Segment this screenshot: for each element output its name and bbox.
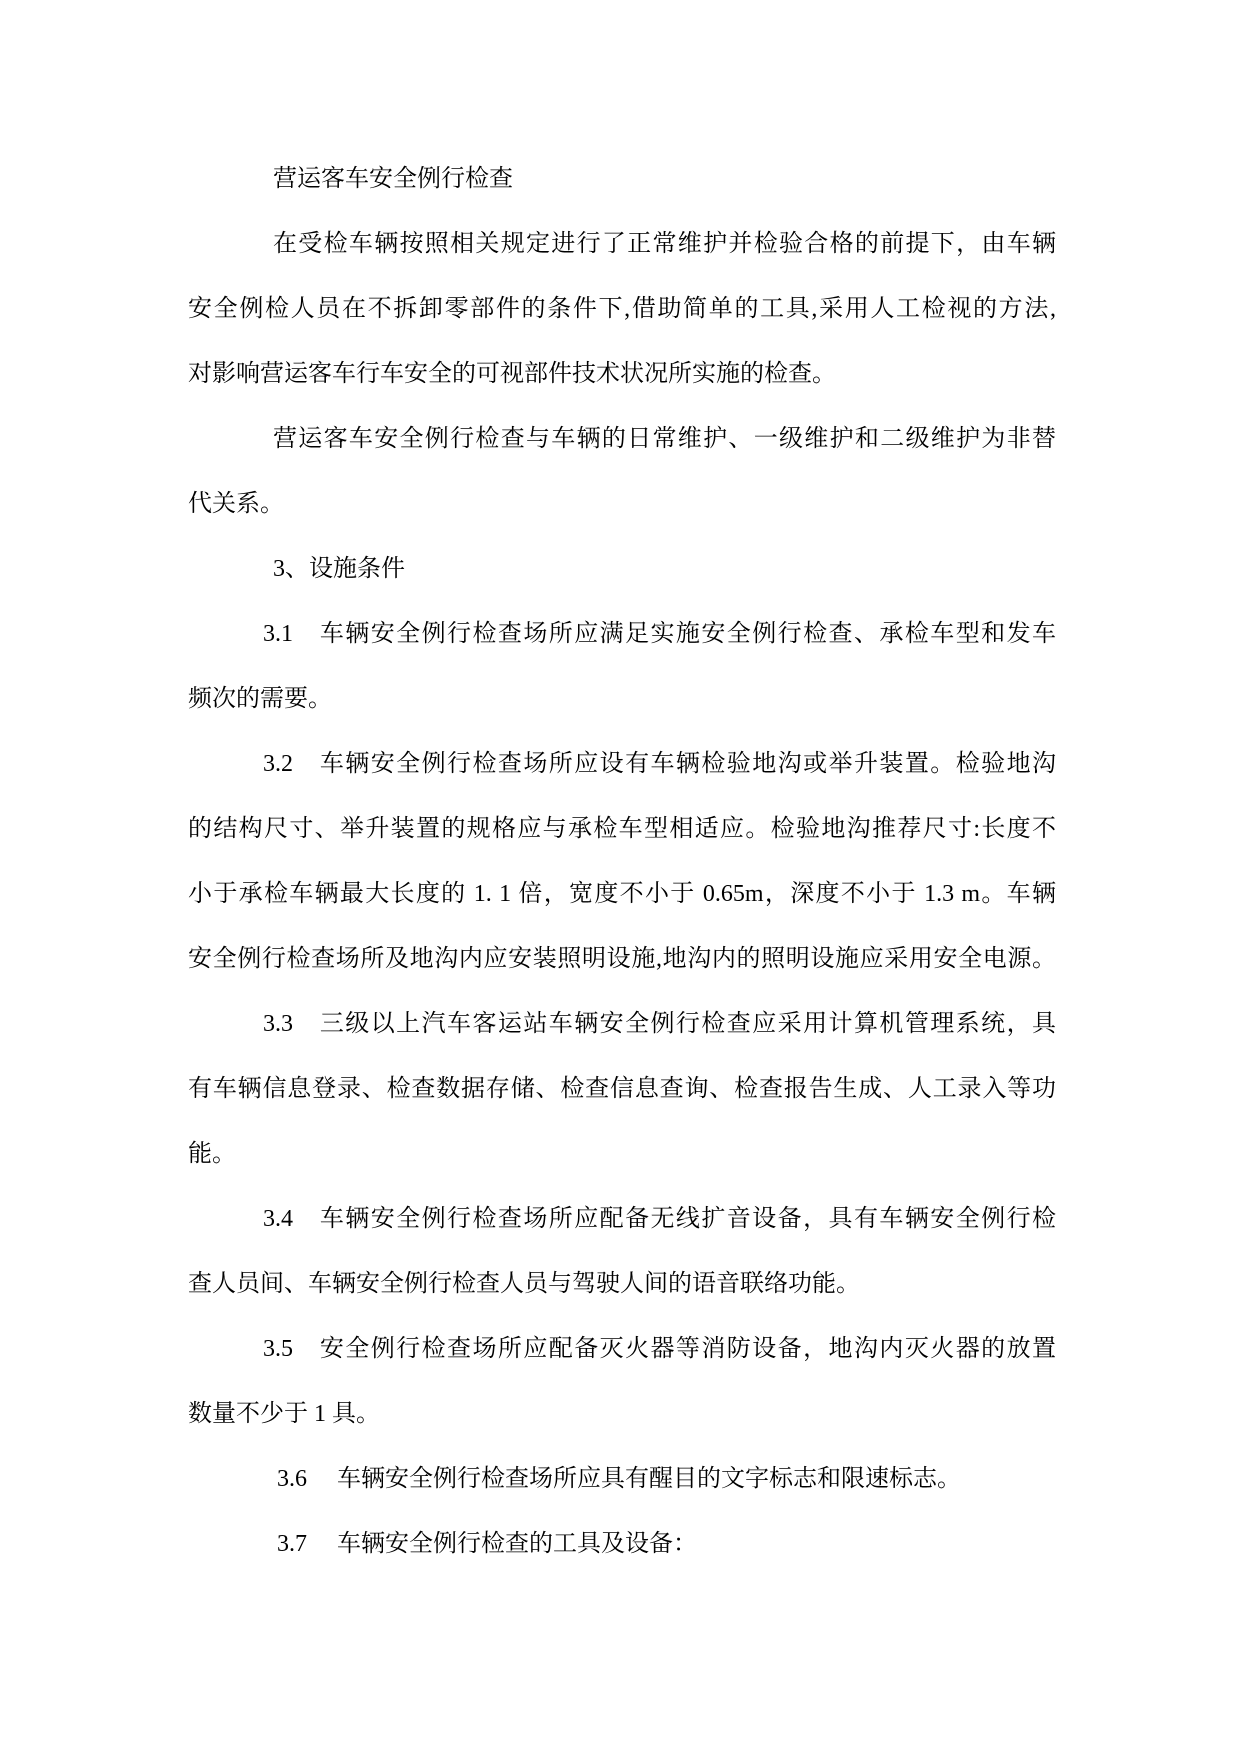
clause-3-1: 3.1 车辆安全例行检查场所应满足实施安全例行检查、承检车型和发车 频次的需要。 [188, 602, 1056, 732]
clause-3-7: 3.7 车辆安全例行检查的工具及设备： [188, 1512, 1056, 1577]
clause-line: 小于承检车辆最大长度的 1. 1 倍，宽度不小于 0.65m，深度不小于 1.3… [188, 862, 1056, 927]
clause-line: 能。 [188, 1122, 1056, 1187]
section-heading: 3、设施条件 [188, 537, 1056, 602]
clause-line: 有车辆信息登录、检查数据存储、检查信息查询、检查报告生成、人工录入等功 [188, 1057, 1056, 1122]
document-page: 营运客车安全例行检查 在受检车辆按照相关规定进行了正常维护并检验合格的前提下，由… [0, 0, 1241, 1754]
para-line: 对影响营运客车行车安全的可视部件技术状况所实施的检查。 [188, 342, 1056, 407]
clause-line: 的结构尺寸、举升装置的规格应与承检车型相适应。检验地沟推荐尺寸:长度不 [188, 797, 1056, 862]
section-heading-paragraph: 3、设施条件 [188, 537, 1056, 602]
para-line: 安全例检人员在不拆卸零部件的条件下,借助简单的工具,采用人工检视的方法, [188, 277, 1056, 342]
clause-line: 3.5 安全例行检查场所应配备灭火器等消防设备，地沟内灭火器的放置 [188, 1317, 1056, 1382]
clause-line: 3.2 车辆安全例行检查场所应设有车辆检验地沟或举升装置。检验地沟 [188, 732, 1056, 797]
clause-line: 3.7 车辆安全例行检查的工具及设备： [188, 1512, 1056, 1577]
text-content: 营运客车安全例行检查 在受检车辆按照相关规定进行了正常维护并检验合格的前提下，由… [188, 147, 1056, 1577]
title-paragraph: 营运客车安全例行检查 [188, 147, 1056, 212]
clause-line: 查人员间、车辆安全例行检查人员与驾驶人间的语音联络功能。 [188, 1252, 1056, 1317]
clause-3-3: 3.3 三级以上汽车客运站车辆安全例行检查应采用计算机管理系统，具 有车辆信息登… [188, 992, 1056, 1187]
clause-line: 3.1 车辆安全例行检查场所应满足实施安全例行检查、承检车型和发车 [188, 602, 1056, 667]
clause-3-2: 3.2 车辆安全例行检查场所应设有车辆检验地沟或举升装置。检验地沟 的结构尺寸、… [188, 732, 1056, 992]
clause-line: 频次的需要。 [188, 667, 1056, 732]
clause-3-6: 3.6 车辆安全例行检查场所应具有醒目的文字标志和限速标志。 [188, 1447, 1056, 1512]
para-line: 营运客车安全例行检查与车辆的日常维护、一级维护和二级维护为非替 [188, 407, 1056, 472]
paragraph-relation: 营运客车安全例行检查与车辆的日常维护、一级维护和二级维护为非替 代关系。 [188, 407, 1056, 537]
clause-line: 安全例行检查场所及地沟内应安装照明设施,地沟内的照明设施应采用安全电源。 [188, 927, 1056, 992]
document-title: 营运客车安全例行检查 [188, 147, 1056, 212]
paragraph-definition: 在受检车辆按照相关规定进行了正常维护并检验合格的前提下，由车辆 安全例检人员在不… [188, 212, 1056, 407]
clause-line: 3.4 车辆安全例行检查场所应配备无线扩音设备，具有车辆安全例行检 [188, 1187, 1056, 1252]
clause-3-5: 3.5 安全例行检查场所应配备灭火器等消防设备，地沟内灭火器的放置 数量不少于 … [188, 1317, 1056, 1447]
clause-3-4: 3.4 车辆安全例行检查场所应配备无线扩音设备，具有车辆安全例行检 查人员间、车… [188, 1187, 1056, 1317]
clause-line: 数量不少于 1 具。 [188, 1382, 1056, 1447]
clause-line: 3.6 车辆安全例行检查场所应具有醒目的文字标志和限速标志。 [188, 1447, 1056, 1512]
clause-line: 3.3 三级以上汽车客运站车辆安全例行检查应采用计算机管理系统，具 [188, 992, 1056, 1057]
para-line: 在受检车辆按照相关规定进行了正常维护并检验合格的前提下，由车辆 [188, 212, 1056, 277]
para-line: 代关系。 [188, 472, 1056, 537]
